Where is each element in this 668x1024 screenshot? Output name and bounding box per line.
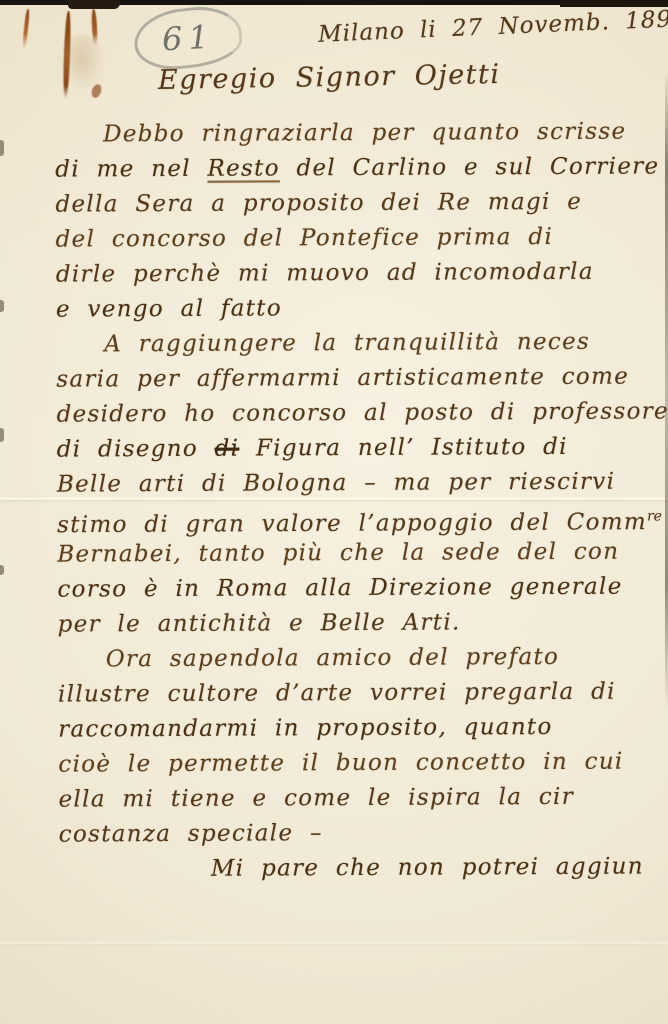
letter-line-segment: Figura nell’ Istituto di xyxy=(239,434,568,462)
scan-left-mark xyxy=(0,428,4,442)
letter-line: di me nel Resto del Carlino e sul Corrie… xyxy=(55,149,655,187)
letter-line-segment: di me nel xyxy=(55,156,207,183)
letter-line: A raggiungere la tranquillità neces xyxy=(56,324,656,362)
scan-left-mark xyxy=(0,300,4,312)
letter-line: del concorso del Pontefice prima di xyxy=(56,219,656,257)
letter-line: raccomandarmi in proposito, quanto xyxy=(58,709,658,747)
letter-line: stimo di gran valore l’appoggio del Comm… xyxy=(57,499,657,537)
underlined-word: Resto xyxy=(207,155,279,181)
letter-line: corso è in Roma alla Direzione generale xyxy=(57,569,657,607)
rust-smudge xyxy=(58,34,106,92)
scan-edge-blotch-right xyxy=(560,0,668,7)
letter-line-segment: di disegno xyxy=(57,436,215,463)
letter-line: ella mi tiene e come le ispira la cir xyxy=(58,779,658,817)
letter-line: cioè le permette il buon concetto in cui xyxy=(58,744,658,782)
letter-line: desidero ho concorso al posto di profess… xyxy=(56,394,656,432)
letter-body: Debbo ringraziarla per quanto scrisse di… xyxy=(55,114,659,887)
letter-line: Bernabei, tanto più che la sede del con xyxy=(57,534,657,572)
superscript-abbreviation: re xyxy=(647,508,662,524)
letter-line: Debbo ringraziarla per quanto scrisse xyxy=(55,114,655,152)
letter-line: saria per affermarmi artisticamente come xyxy=(56,359,656,397)
letter-line-segment: del Carlino e sul Corriere xyxy=(280,153,660,181)
letter-line: per le antichità e Belle Arti. xyxy=(58,604,658,642)
letter-line: Belle arti di Bologna – ma per riescirvi xyxy=(57,464,657,502)
page-number-text: 61 xyxy=(161,18,216,59)
fold-crease-lower xyxy=(0,941,668,944)
letter-line: Mi pare che non potrei aggiun xyxy=(59,849,659,887)
letter-line: della Sera a proposito dei Re magi e xyxy=(55,184,655,222)
letter-line: costanza speciale – xyxy=(59,814,659,852)
scan-edge-blotch xyxy=(68,0,120,9)
struck-word: di xyxy=(215,436,240,462)
salutation: Egregio Signor Ojetti xyxy=(158,59,501,96)
letter-line-segment: stimo di gran valore l’appoggio del Comm xyxy=(57,509,647,538)
letter-scan-page: { "doc": { "kind": "handwritten letter (… xyxy=(0,0,668,1024)
scan-left-mark xyxy=(0,565,4,575)
letter-line: illustre cultore d’arte vorrei pregarla … xyxy=(58,674,658,712)
letter-line: Ora sapendola amico del prefato xyxy=(58,639,658,677)
letter-line: di disegno di Figura nell’ Istituto di xyxy=(57,429,657,467)
scan-left-mark xyxy=(0,140,4,156)
letter-line: dirle perchè mi muovo ad incomodarla xyxy=(56,254,656,292)
letter-line: e vengo al fatto xyxy=(56,289,656,327)
